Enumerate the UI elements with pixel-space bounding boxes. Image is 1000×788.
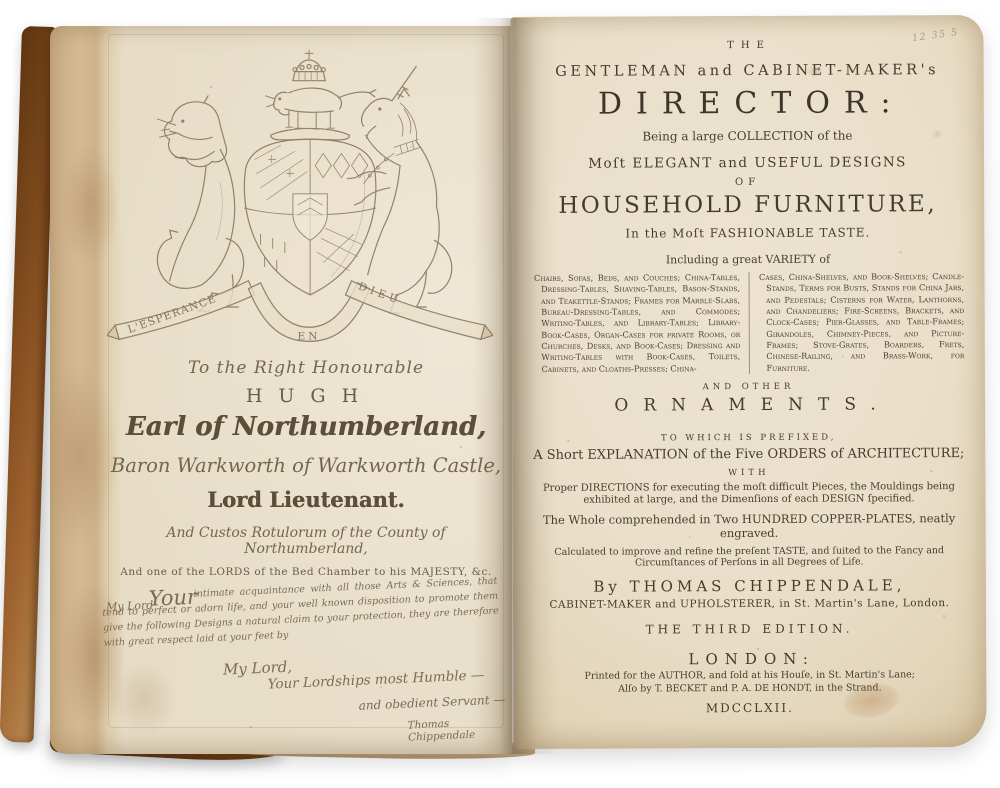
title-trade-line: CABINET-MAKER and UPHOLSTERER, in St. Ma… (513, 597, 986, 611)
dedication-peer-title: Earl of Northumberland, (105, 412, 507, 442)
furniture-list-right-column: Cases, China-Shelves, and Book-Shelves; … (748, 271, 970, 374)
title-being-line: Being a large COLLECTION of the (511, 128, 984, 144)
title-page-text: THE GENTLEMAN and CABINET-MAKER's DIRECT… (510, 15, 986, 749)
furniture-list-left-column: Chairs, Sofas, Beds, and Couches; China-… (526, 272, 748, 375)
foxing-stain (931, 129, 943, 139)
title-directions-line: Proper DIRECTIONS for executing the moſt… (539, 481, 959, 507)
book-photo: L'ESPERANCE EN DIEU To the Right Honoura… (0, 0, 1000, 788)
title-and-other-line: AND OTHER (512, 381, 985, 393)
dedication-letter: My Lord Your intimate acquaintance with … (101, 574, 510, 761)
book-gutter-shadow (474, 18, 558, 754)
page-stain (112, 662, 176, 736)
lion-supporter-icon (157, 96, 243, 311)
title-author-line: GENTLEMAN and CABINET-MAKER's (511, 62, 984, 80)
imprint-date-line: MDCCLXII. (513, 700, 986, 716)
title-with-line: WITH (512, 467, 985, 479)
title-ornaments-line: ORNAMENTS. (512, 394, 985, 416)
title-household-line: HOUSEHOLD FURNITURE, (511, 191, 984, 219)
title-prefixed-line: TO WHICH IS PREFIXED, (512, 432, 985, 444)
dedication-engraving: L'ESPERANCE EN DIEU To the Right Honoura… (105, 26, 507, 754)
title-main: DIRECTOR: (511, 85, 984, 122)
title-variety-line: Including a great VARIETY of (511, 252, 984, 267)
title-page: THE GENTLEMAN and CABINET-MAKER's DIRECT… (510, 15, 986, 749)
title-of-line: OF (511, 176, 984, 189)
shield-icon (244, 139, 376, 295)
title-copper-plates-line: The Whole comprehended in Two HUNDRED CO… (513, 511, 986, 541)
foxing-specks (50, 26, 52, 28)
imprint-line-1: Printed for the AUTHOR, and ſold at his … (513, 669, 986, 683)
imprint-london-line: LONDON: (513, 649, 986, 669)
dedication-page: L'ESPERANCE EN DIEU To the Right Honoura… (50, 26, 512, 754)
lion-crest-icon (266, 88, 376, 140)
foxing-stain (807, 66, 823, 78)
title-by-line: By THOMAS CHIPPENDALE, (513, 576, 986, 596)
dedication-custos-line: And Custos Rotulorum of the County of No… (105, 525, 507, 557)
book-cover-edge (0, 26, 56, 743)
letter-salutation: My Lord (106, 599, 154, 614)
dedication-baron-line: Baron Warkworth of Warkworth Castle, (105, 454, 507, 477)
motto-center-text: EN (298, 330, 321, 342)
title-edition-line: THE THIRD EDITION. (513, 621, 986, 637)
furniture-list-columns: Chairs, Sofas, Beds, and Couches; China-… (526, 271, 970, 375)
title-elegant-line: Moſt ELEGANT and USEFUL DESIGNS (511, 154, 984, 172)
dedication-lieutenant-line: Lord Lieutenant. (105, 487, 507, 512)
letter-closing-line1: Your Lordships most Humble — (267, 667, 484, 692)
letter-lead-word: Your (148, 585, 197, 611)
dedication-name: HUGH (105, 385, 507, 407)
title-explanation-line: A Short EXPLANATION of the Five ORDERS o… (512, 446, 985, 463)
title-taste-line: In the Moſt FASHIONABLE TASTE. (511, 225, 984, 241)
title-calculated-line: Calculated to improve and refine the pre… (549, 545, 949, 570)
imprint-line-2: Alſo by T. BECKET and P. A. DE HONDT, in… (513, 682, 986, 696)
coronet-icon (293, 50, 325, 80)
dedication-honorific: To the Right Honourable (105, 358, 507, 378)
coat-of-arms-engraving: L'ESPERANCE EN DIEU (107, 40, 493, 376)
